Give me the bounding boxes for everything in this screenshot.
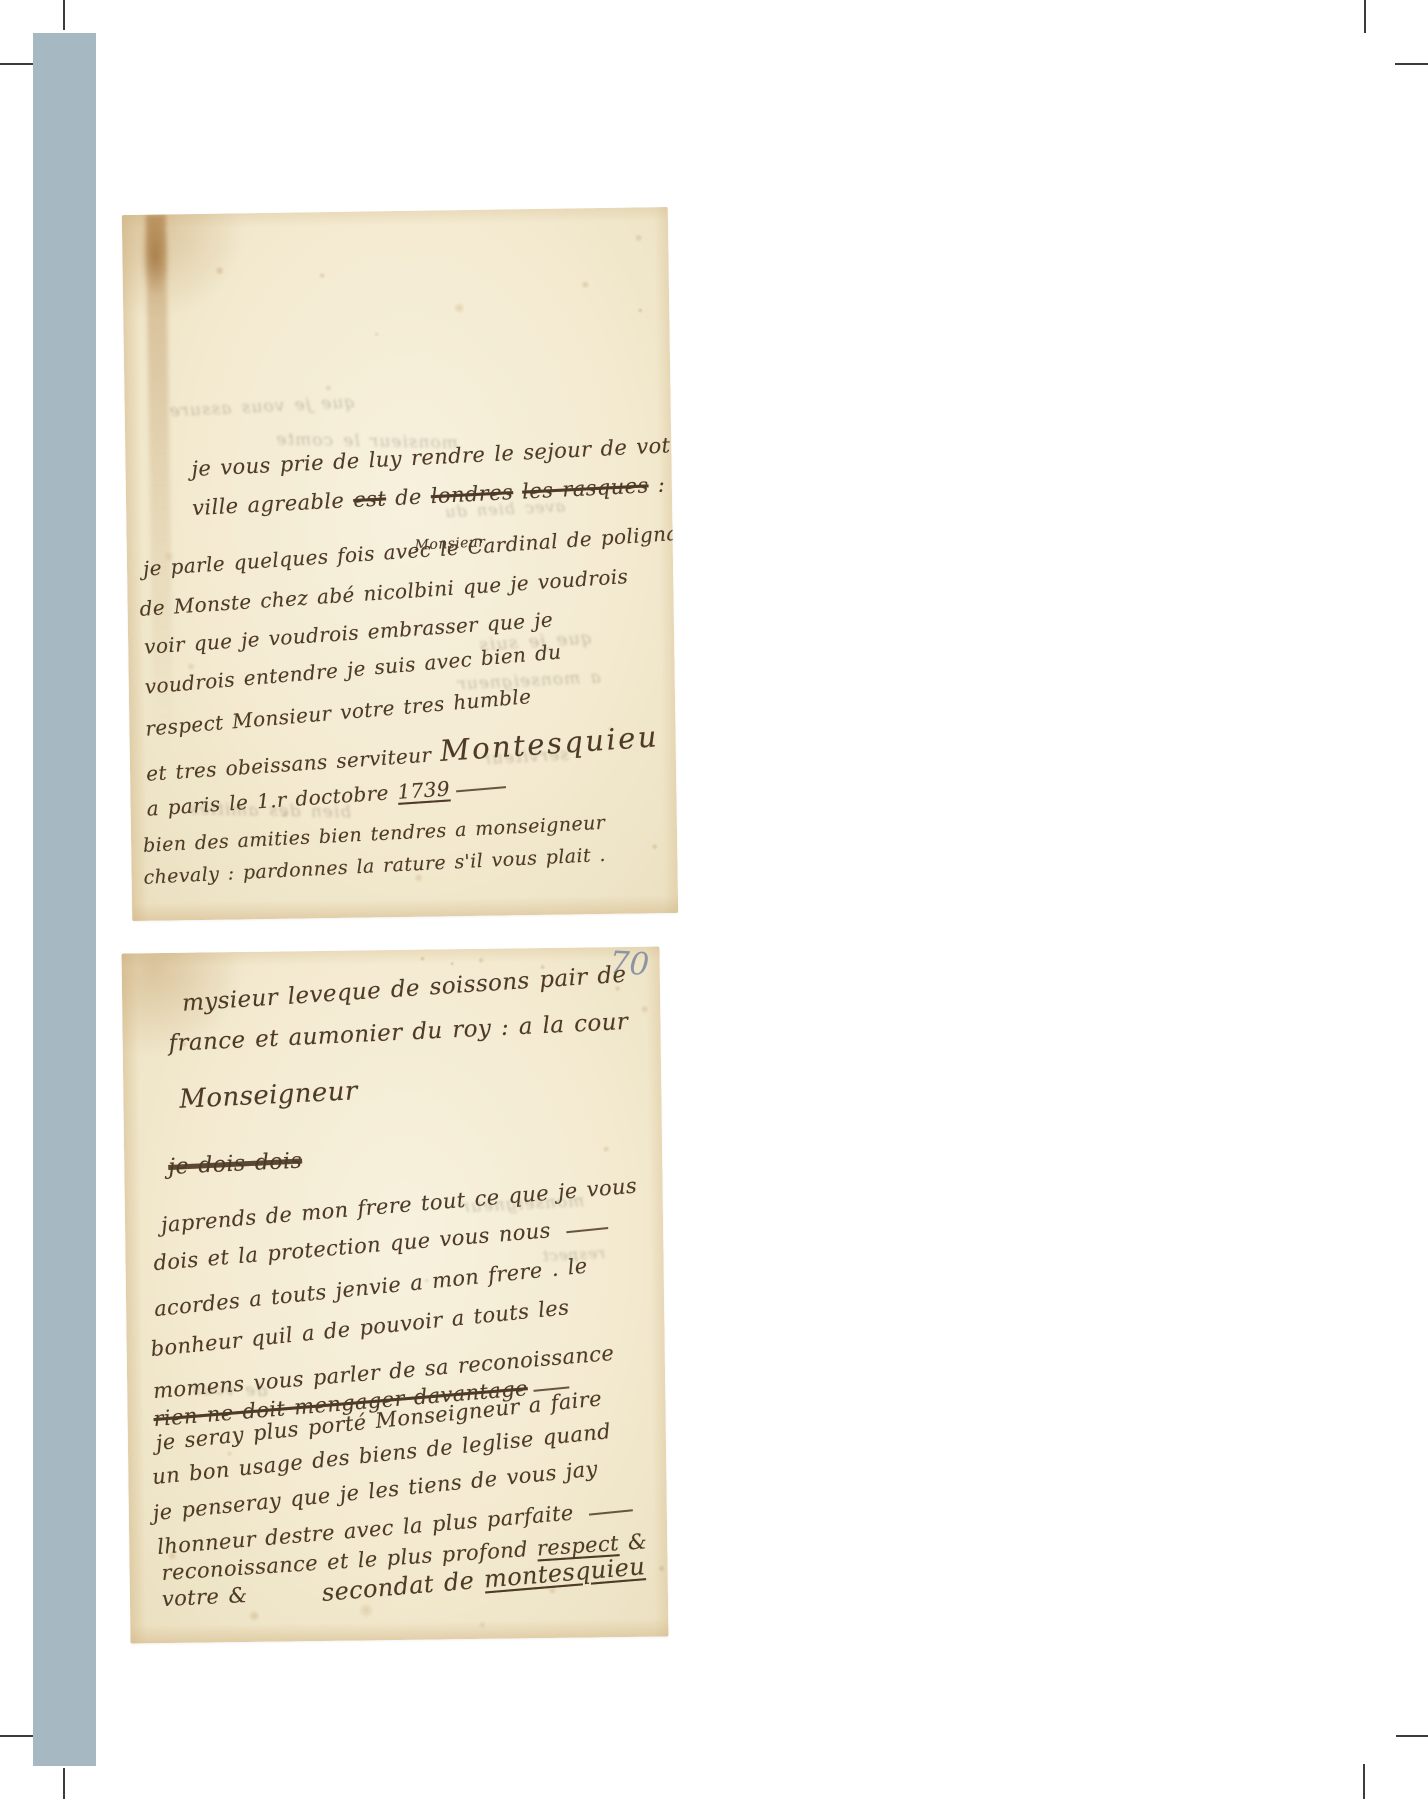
printed-book-page: que je vous assuremonsieur le comteavec … (0, 0, 1428, 1799)
handwritten-line: ville agreable est de londres les rasque… (192, 475, 666, 520)
ink-flourish-rule (456, 786, 506, 792)
crop-mark (0, 1735, 33, 1737)
handwritten-text: mysieur leveque de soissons pair de (181, 962, 627, 1017)
handwritten-line: Monseigneur (179, 1078, 358, 1113)
handwritten-line: je dois dois (168, 1151, 303, 1179)
handwritten-text: les rasques (522, 473, 650, 503)
handwriting-layer: mysieur leveque de soissons pair defranc… (122, 947, 669, 1644)
crop-mark (1364, 0, 1366, 33)
handwritten-line: france et aumonier du roy : a la cour (168, 1011, 629, 1056)
handwritten-text: je vous prie de luy rendre le sejour de … (191, 432, 678, 481)
crop-mark (63, 1768, 65, 1799)
manuscript-scan-letter-start: monseigneurde vousrespect 70 mysieur lev… (122, 947, 669, 1644)
crop-mark (1396, 1735, 1428, 1737)
handwritten-text: france et aumonier du roy : a la cour (168, 1009, 629, 1057)
handwritten-text: Monseigneur (179, 1076, 359, 1115)
handwritten-text: londres (430, 480, 513, 508)
manuscript-scan-letter-end: que je vous assuremonsieur le comteavec … (122, 207, 678, 921)
crop-mark (63, 0, 65, 30)
handwritten-text: 1739 (397, 776, 451, 803)
handwritten-line: je vous prie de luy rendre le sejour de … (191, 434, 678, 480)
ink-flourish-rule (566, 1227, 608, 1233)
handwritten-text: de (385, 484, 431, 510)
handwriting-layer: je vous prie de luy rendre le sejour de … (122, 207, 678, 921)
ink-flourish-rule (589, 1509, 633, 1515)
handwritten-line: votre & (161, 1585, 248, 1610)
handwritten-text: je dois dois (168, 1149, 303, 1180)
crop-mark (1363, 1764, 1365, 1799)
handwritten-text: ville agreable (192, 488, 354, 520)
handwritten-text: Montesquieu (439, 719, 660, 768)
handwritten-text: : (648, 473, 666, 498)
handwritten-line: mysieur leveque de soissons pair de (181, 964, 627, 1016)
crop-mark (0, 63, 33, 65)
crop-mark (1395, 63, 1428, 65)
accent-sidebar-bar (33, 33, 96, 1766)
handwritten-text: votre & (161, 1583, 248, 1611)
handwritten-text: a paris le 1.r doctobre (146, 780, 399, 821)
handwritten-text: est (353, 486, 387, 512)
